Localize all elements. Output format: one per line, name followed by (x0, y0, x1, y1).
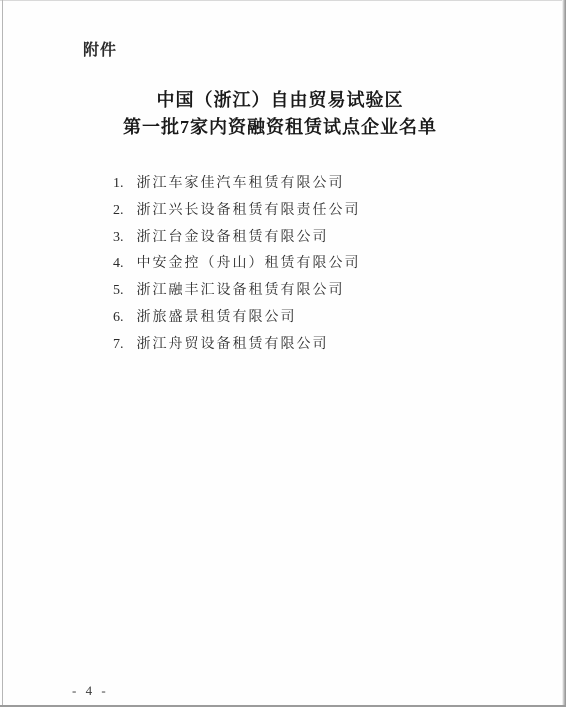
company-number: 6. (113, 305, 133, 332)
attachment-label: 附件 (83, 37, 117, 60)
company-number: 7. (113, 332, 133, 359)
company-name: 浙江台金设备租赁有限公司 (137, 230, 329, 245)
list-item: 5. 浙江融丰汇设备租赁有限公司 (113, 278, 361, 305)
page-number: - 4 - (72, 683, 109, 699)
scanned-document-page: 附件 中国（浙江）自由贸易试验区 第一批7家内资融资租赁试点企业名单 1. 浙江… (0, 0, 566, 707)
list-item: 2. 浙江兴长设备租赁有限责任公司 (113, 198, 361, 225)
company-name: 中安金控（舟山）租赁有限公司 (137, 256, 361, 271)
company-name: 浙江融丰汇设备租赁有限公司 (137, 283, 345, 298)
company-name: 浙江车家佳汽车租赁有限公司 (137, 176, 345, 191)
list-item: 4. 中安金控（舟山）租赁有限公司 (113, 251, 361, 278)
company-name: 浙江兴长设备租赁有限责任公司 (137, 203, 361, 218)
company-name: 浙旅盛景租赁有限公司 (137, 310, 297, 325)
list-item: 6. 浙旅盛景租赁有限公司 (113, 305, 361, 332)
list-item: 3. 浙江台金设备租赁有限公司 (113, 225, 361, 252)
company-list: 1. 浙江车家佳汽车租赁有限公司 2. 浙江兴长设备租赁有限责任公司 3. 浙江… (113, 171, 361, 359)
document-title-line1: 中国（浙江）自由贸易试验区 (0, 87, 560, 114)
list-item: 7. 浙江舟贸设备租赁有限公司 (113, 332, 361, 359)
company-number: 4. (113, 251, 133, 278)
list-item: 1. 浙江车家佳汽车租赁有限公司 (113, 171, 361, 198)
document-title-line2: 第一批7家内资融资租赁试点企业名单 (0, 114, 560, 141)
company-number: 3. (113, 225, 133, 252)
company-number: 1. (113, 171, 133, 198)
document-title: 中国（浙江）自由贸易试验区 第一批7家内资融资租赁试点企业名单 (0, 87, 560, 141)
scan-edge-top (0, 0, 566, 1)
company-name: 浙江舟贸设备租赁有限公司 (137, 337, 329, 352)
company-number: 5. (113, 278, 133, 305)
company-number: 2. (113, 198, 133, 225)
scan-edge-right (562, 0, 566, 707)
